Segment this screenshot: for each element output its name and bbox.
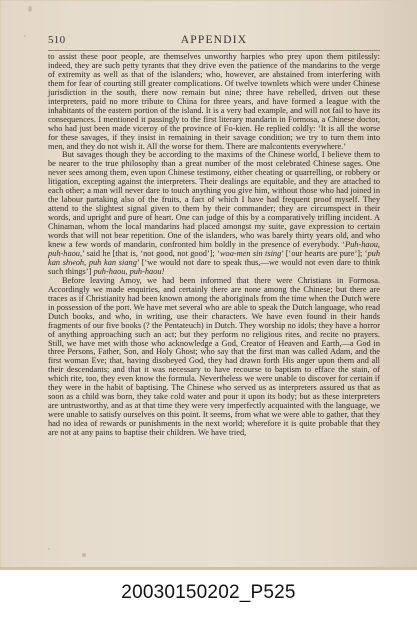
paragraph-text: ’ said he [that is, ‘not good, not good’…	[82, 249, 220, 258]
paper-stain	[24, 35, 26, 37]
paragraph-text: to assist these poor people, are themsel…	[48, 52, 380, 151]
paragraph-text: Before leaving Amoy, we had been informe…	[48, 276, 380, 437]
running-head: APPENDIX	[48, 34, 380, 46]
paragraph-text: But savages though they be according to …	[48, 150, 380, 249]
image-id-caption: 20030150202_P525	[0, 582, 417, 604]
paper-stain	[48, 548, 50, 550]
italic-phrase: woa-men sin tsing	[220, 249, 281, 258]
page-body: to assist these poor people, are themsel…	[48, 53, 380, 438]
italic-phrase: puh-haou, puh-haou!	[93, 267, 164, 276]
header-rule	[48, 50, 380, 51]
paper-stain	[28, 6, 32, 12]
paragraph-text: ’ [‘our hearts are pure’]; ‘	[281, 249, 367, 258]
paragraph: Before leaving Amoy, we had been informe…	[48, 277, 380, 438]
scanned-page: 510 APPENDIX to assist these poor people…	[0, 0, 417, 570]
paper-stain	[82, 553, 86, 557]
paragraph: to assist these poor people, are themsel…	[48, 53, 380, 151]
paragraph: But savages though they be according to …	[48, 151, 380, 276]
